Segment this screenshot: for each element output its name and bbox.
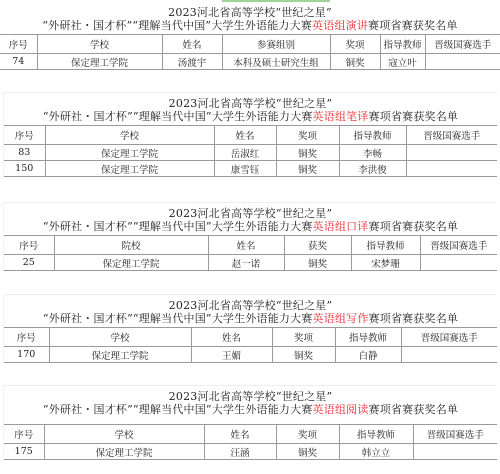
table-row: 175 保定理工学院 汪涵 铜奖 韩立立 bbox=[4, 444, 497, 460]
cell-national bbox=[425, 54, 500, 70]
cell-national bbox=[420, 255, 497, 271]
cell-group: 本科及硕士研究生组 bbox=[222, 54, 330, 70]
cell-index: 74 bbox=[0, 54, 37, 70]
cell-name: 汪涵 bbox=[204, 444, 276, 460]
cell-index: 25 bbox=[4, 255, 54, 271]
cell-award: 铜奖 bbox=[276, 145, 339, 161]
header-name: 姓名 bbox=[191, 328, 272, 347]
title-line1: 2023河北省高等学校“世纪之星” bbox=[0, 6, 500, 19]
header-index: 序号 bbox=[4, 126, 45, 145]
cell-name: 岳淑红 bbox=[214, 145, 276, 161]
table-header-row: 序号 院校 姓名 获奖 指导教师 晋级国赛选手 bbox=[4, 236, 497, 255]
title-prefix: “外研社・国才杯”“理解当代中国”大学生外语能力大赛 bbox=[43, 312, 313, 325]
title-line2: “外研社・国才杯”“理解当代中国”大学生外语能力大赛英语组演讲赛项省赛获奖名单 bbox=[0, 19, 500, 32]
header-national: 晋级国赛选手 bbox=[425, 35, 500, 54]
table-row: 170 保定理工学院 王媚 铜奖 白静 bbox=[4, 347, 497, 363]
title-suffix: 赛项省赛获奖名单 bbox=[369, 220, 459, 233]
cell-award: 铜奖 bbox=[272, 347, 335, 363]
card-title: 2023河北省高等学校“世纪之星” “外研社・国才杯”“理解当代中国”大学生外语… bbox=[0, 6, 500, 32]
title-line2: “外研社・国才杯”“理解当代中国”大学生外语能力大赛英语组口译赛项省赛获奖名单 bbox=[4, 220, 497, 233]
header-advisor: 指导教师 bbox=[339, 425, 413, 444]
cell-national bbox=[406, 145, 497, 161]
award-table: 序号 学校 姓名 奖项 指导教师 晋级国赛选手 83 保定理工学院 岳淑红 铜奖… bbox=[4, 125, 497, 177]
card-title: 2023河北省高等学校“世纪之星” “外研社・国才杯”“理解当代中国”大学生外语… bbox=[4, 203, 497, 233]
header-national: 晋级国赛选手 bbox=[413, 425, 497, 444]
header-award: 获奖 bbox=[284, 236, 351, 255]
card-title: 2023河北省高等学校“世纪之星” “外研社・国才杯”“理解当代中国”大学生外语… bbox=[4, 386, 497, 416]
cell-advisor: 李畅 bbox=[339, 145, 406, 161]
cell-name: 王媚 bbox=[191, 347, 272, 363]
table-header-row: 序号 学校 姓名 奖项 指导教师 晋级国赛选手 bbox=[4, 425, 497, 444]
cell-advisor: 寇立叶 bbox=[380, 54, 425, 70]
title-highlight: 英语组演讲 bbox=[312, 19, 368, 32]
header-national: 晋级国赛选手 bbox=[420, 236, 497, 255]
cell-national bbox=[406, 161, 497, 177]
cell-award: 铜奖 bbox=[284, 255, 351, 271]
header-national: 晋级国赛选手 bbox=[401, 328, 497, 347]
cell-advisor: 韩立立 bbox=[339, 444, 413, 460]
header-index: 序号 bbox=[4, 328, 49, 347]
header-name: 姓名 bbox=[204, 425, 276, 444]
header-name: 姓名 bbox=[208, 236, 284, 255]
title-line2: “外研社・国才杯”“理解当代中国”大学生外语能力大赛英语组阅读赛项省赛获奖名单 bbox=[4, 403, 497, 416]
header-advisor: 指导教师 bbox=[351, 236, 420, 255]
award-table: 序号 学校 姓名 奖项 指导教师 晋级国赛选手 170 保定理工学院 王媚 铜奖… bbox=[4, 327, 497, 363]
header-national: 晋级国赛选手 bbox=[406, 126, 497, 145]
cell-school: 保定理工学院 bbox=[44, 444, 204, 460]
title-line2: “外研社・国才杯”“理解当代中国”大学生外语能力大赛英语组写作赛项省赛获奖名单 bbox=[4, 312, 497, 325]
award-table: 序号 学校 姓名 参赛组别 奖项 指导教师 晋级国赛选手 74 保定理工学院 汤… bbox=[0, 34, 500, 70]
cell-national bbox=[401, 347, 497, 363]
title-highlight: 英语组写作 bbox=[313, 312, 369, 325]
title-suffix: 赛项省赛获奖名单 bbox=[369, 312, 459, 325]
table-header-row: 序号 学校 姓名 参赛组别 奖项 指导教师 晋级国赛选手 bbox=[0, 35, 500, 54]
header-school: 院校 bbox=[54, 236, 208, 255]
title-line1: 2023河北省高等学校“世纪之星” bbox=[4, 97, 497, 110]
award-card-translation: 2023河北省高等学校“世纪之星” “外研社・国才杯”“理解当代中国”大学生外语… bbox=[3, 92, 497, 177]
cell-school: 保定理工学院 bbox=[54, 255, 208, 271]
cell-advisor: 宋梦珊 bbox=[351, 255, 420, 271]
header-name: 姓名 bbox=[162, 35, 222, 54]
cell-school: 保定理工学院 bbox=[49, 347, 191, 363]
header-award: 奖项 bbox=[276, 425, 339, 444]
title-line1: 2023河北省高等学校“世纪之星” bbox=[4, 207, 497, 220]
header-index: 序号 bbox=[0, 35, 37, 54]
header-award: 奖项 bbox=[330, 35, 380, 54]
header-school: 学校 bbox=[45, 126, 214, 145]
title-prefix: “外研社・国才杯”“理解当代中国”大学生外语能力大赛 bbox=[42, 19, 312, 32]
award-card-writing: 2023河北省高等学校“世纪之星” “外研社・国才杯”“理解当代中国”大学生外语… bbox=[3, 294, 497, 363]
top-accent-line bbox=[222, 0, 330, 2]
title-prefix: “外研社・国才杯”“理解当代中国”大学生外语能力大赛 bbox=[43, 220, 313, 233]
title-highlight: 英语组阅读 bbox=[313, 403, 369, 416]
cell-award: 铜奖 bbox=[276, 161, 339, 177]
cell-advisor: 李洪俊 bbox=[339, 161, 406, 177]
table-header-row: 序号 学校 姓名 奖项 指导教师 晋级国赛选手 bbox=[4, 328, 497, 347]
header-award: 奖项 bbox=[272, 328, 335, 347]
header-name: 姓名 bbox=[214, 126, 276, 145]
card-title: 2023河北省高等学校“世纪之星” “外研社・国才杯”“理解当代中国”大学生外语… bbox=[4, 93, 497, 123]
cell-award: 铜奖 bbox=[276, 444, 339, 460]
header-advisor: 指导教师 bbox=[339, 126, 406, 145]
table-header-row: 序号 学校 姓名 奖项 指导教师 晋级国赛选手 bbox=[4, 126, 497, 145]
table-row: 83 保定理工学院 岳淑红 铜奖 李畅 bbox=[4, 145, 497, 161]
header-index: 序号 bbox=[4, 236, 54, 255]
award-card-speech: 2023河北省高等学校“世纪之星” “外研社・国才杯”“理解当代中国”大学生外语… bbox=[0, 6, 500, 70]
table-row: 74 保定理工学院 汤渡宇 本科及硕士研究生组 铜奖 寇立叶 bbox=[0, 54, 500, 70]
header-school: 学校 bbox=[49, 328, 191, 347]
header-school: 学校 bbox=[44, 425, 204, 444]
title-suffix: 赛项省赛获奖名单 bbox=[369, 403, 459, 416]
table-row: 25 保定理工学院 赵一诺 铜奖 宋梦珊 bbox=[4, 255, 497, 271]
header-advisor: 指导教师 bbox=[380, 35, 425, 54]
title-highlight: 英语组笔译 bbox=[313, 110, 369, 123]
cell-award: 铜奖 bbox=[330, 54, 380, 70]
cell-index: 83 bbox=[4, 145, 45, 161]
title-suffix: 赛项省赛获奖名单 bbox=[368, 19, 458, 32]
title-prefix: “外研社・国才杯”“理解当代中国”大学生外语能力大赛 bbox=[43, 403, 313, 416]
cell-school: 保定理工学院 bbox=[45, 161, 214, 177]
header-index: 序号 bbox=[4, 425, 44, 444]
title-line2: “外研社・国才杯”“理解当代中国”大学生外语能力大赛英语组笔译赛项省赛获奖名单 bbox=[4, 110, 497, 123]
title-line1: 2023河北省高等学校“世纪之星” bbox=[4, 390, 497, 403]
cell-name: 康雪钰 bbox=[214, 161, 276, 177]
header-school: 学校 bbox=[37, 35, 162, 54]
cell-name: 汤渡宇 bbox=[162, 54, 222, 70]
title-suffix: 赛项省赛获奖名单 bbox=[369, 110, 459, 123]
title-highlight: 英语组口译 bbox=[313, 220, 369, 233]
award-table: 序号 院校 姓名 获奖 指导教师 晋级国赛选手 25 保定理工学院 赵一诺 铜奖… bbox=[4, 235, 497, 271]
cell-school: 保定理工学院 bbox=[45, 145, 214, 161]
award-card-reading: 2023河北省高等学校“世纪之星” “外研社・国才杯”“理解当代中国”大学生外语… bbox=[3, 385, 497, 460]
table-row: 150 保定理工学院 康雪钰 铜奖 李洪俊 bbox=[4, 161, 497, 177]
cell-index: 150 bbox=[4, 161, 45, 177]
card-title: 2023河北省高等学校“世纪之星” “外研社・国才杯”“理解当代中国”大学生外语… bbox=[4, 295, 497, 325]
cell-index: 175 bbox=[4, 444, 44, 460]
cell-index: 170 bbox=[4, 347, 49, 363]
cell-advisor: 白静 bbox=[335, 347, 401, 363]
award-card-interpretation: 2023河北省高等学校“世纪之星” “外研社・国才杯”“理解当代中国”大学生外语… bbox=[3, 202, 497, 271]
header-group: 参赛组别 bbox=[222, 35, 330, 54]
award-table: 序号 学校 姓名 奖项 指导教师 晋级国赛选手 175 保定理工学院 汪涵 铜奖… bbox=[4, 424, 497, 460]
header-award: 奖项 bbox=[276, 126, 339, 145]
cell-name: 赵一诺 bbox=[208, 255, 284, 271]
title-line1: 2023河北省高等学校“世纪之星” bbox=[4, 299, 497, 312]
cell-national bbox=[413, 444, 497, 460]
title-prefix: “外研社・国才杯”“理解当代中国”大学生外语能力大赛 bbox=[43, 110, 313, 123]
header-advisor: 指导教师 bbox=[335, 328, 401, 347]
cell-school: 保定理工学院 bbox=[37, 54, 162, 70]
